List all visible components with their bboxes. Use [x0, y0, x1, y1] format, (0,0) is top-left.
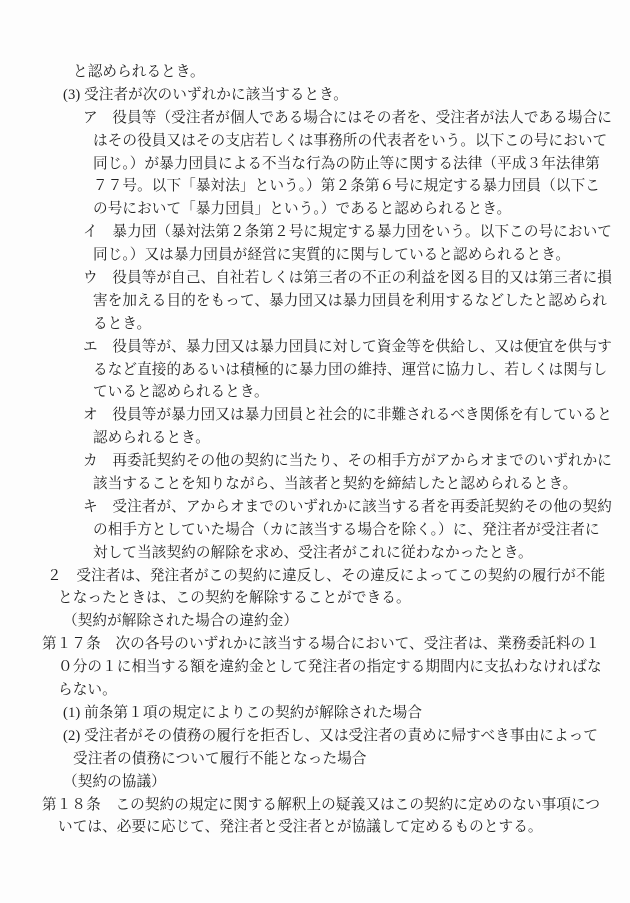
text-line: ２ 受注者は、発注者がこの契約に違反し、その違反によってこの契約の履行が不能 [0, 565, 630, 588]
text-line: るとき。 [0, 313, 630, 336]
text-line: の相手方としていた場合（カに該当する場合を除く。）に、発注者が受注者に [0, 519, 630, 542]
text-line: の号において「暴力団員」という。）であると認められるとき。 [0, 198, 630, 221]
text-line: ていると認められるとき。 [0, 381, 630, 404]
text-line: はその役員又はその支店若しくは事務所の代表者をいう。以下この号において [0, 130, 630, 153]
text-line: ア 役員等（受注者が個人である場合にはその者を、受注者が法人である場合に [0, 107, 630, 130]
text-line: (3) 受注者が次のいずれかに該当するとき。 [0, 84, 630, 107]
text-line: 第１８条 この契約の規定に関する解釈上の疑義又はこの契約に定めのない事項につ [0, 794, 630, 817]
contract-document-page: と認められるとき。(3) 受注者が次のいずれかに該当するとき。ア 役員等（受注者… [0, 0, 630, 903]
text-line: いては、必要に応じて、発注者と受注者とが協議して定めるものとする。 [0, 816, 630, 839]
text-line: （契約が解除された場合の違約金） [0, 610, 630, 633]
text-line: 対して当該契約の解除を求め、受注者がこれに従わなかったとき。 [0, 542, 630, 565]
text-line: ０分の１に相当する額を違約金として発注者の指定する期間内に支払わなければな [0, 656, 630, 679]
text-line: 受注者の債務について履行不能となった場合 [0, 748, 630, 771]
text-line: オ 役員等が暴力団又は暴力団員と社会的に非難されるべき関係を有していると [0, 404, 630, 427]
text-line: と認められるとき。 [0, 61, 630, 84]
contract-text-block: と認められるとき。(3) 受注者が次のいずれかに該当するとき。ア 役員等（受注者… [0, 61, 630, 839]
text-line: イ 暴力団（暴対法第２条第２号に規定する暴力団をいう。以下この号において [0, 221, 630, 244]
text-line: (1) 前条第１項の規定によりこの契約が解除された場合 [0, 702, 630, 725]
text-line: となったときは、この契約を解除することができる。 [0, 587, 630, 610]
text-line: 該当することを知りながら、当該者と契約を締結したと認められるとき。 [0, 473, 630, 496]
text-line: ７７号。以下「暴対法」という。）第２条第６号に規定する暴力団員（以下こ [0, 175, 630, 198]
text-line: らない。 [0, 679, 630, 702]
text-line: エ 役員等が、暴力団又は暴力団員に対して資金等を供給し、又は便宜を供与す [0, 336, 630, 359]
text-line: カ 再委託契約その他の契約に当たり、その相手方がアからオまでのいずれかに [0, 450, 630, 473]
text-line: 同じ。）又は暴力団員が経営に実質的に関与していると認められるとき。 [0, 244, 630, 267]
text-line: 同じ。）が暴力団員による不当な行為の防止等に関する法律（平成３年法律第 [0, 153, 630, 176]
text-line: (2) 受注者がその債務の履行を拒否し、又は受注者の責めに帰すべき事由によって [0, 725, 630, 748]
text-line: るなど直接的あるいは積極的に暴力団の維持、運営に協力し、若しくは関与し [0, 359, 630, 382]
text-line: 第１７条 次の各号のいずれかに該当する場合において、受注者は、業務委託料の１ [0, 633, 630, 656]
text-line: （契約の協議） [0, 771, 630, 794]
text-line: 認められるとき。 [0, 427, 630, 450]
text-line: ウ 役員等が自己、自社若しくは第三者の不正の利益を図る目的又は第三者に損 [0, 267, 630, 290]
text-line: 害を加える目的をもって、暴力団又は暴力団員を利用するなどしたと認められ [0, 290, 630, 313]
text-line: キ 受注者が、アからオまでのいずれかに該当する者を再委託契約その他の契約 [0, 496, 630, 519]
